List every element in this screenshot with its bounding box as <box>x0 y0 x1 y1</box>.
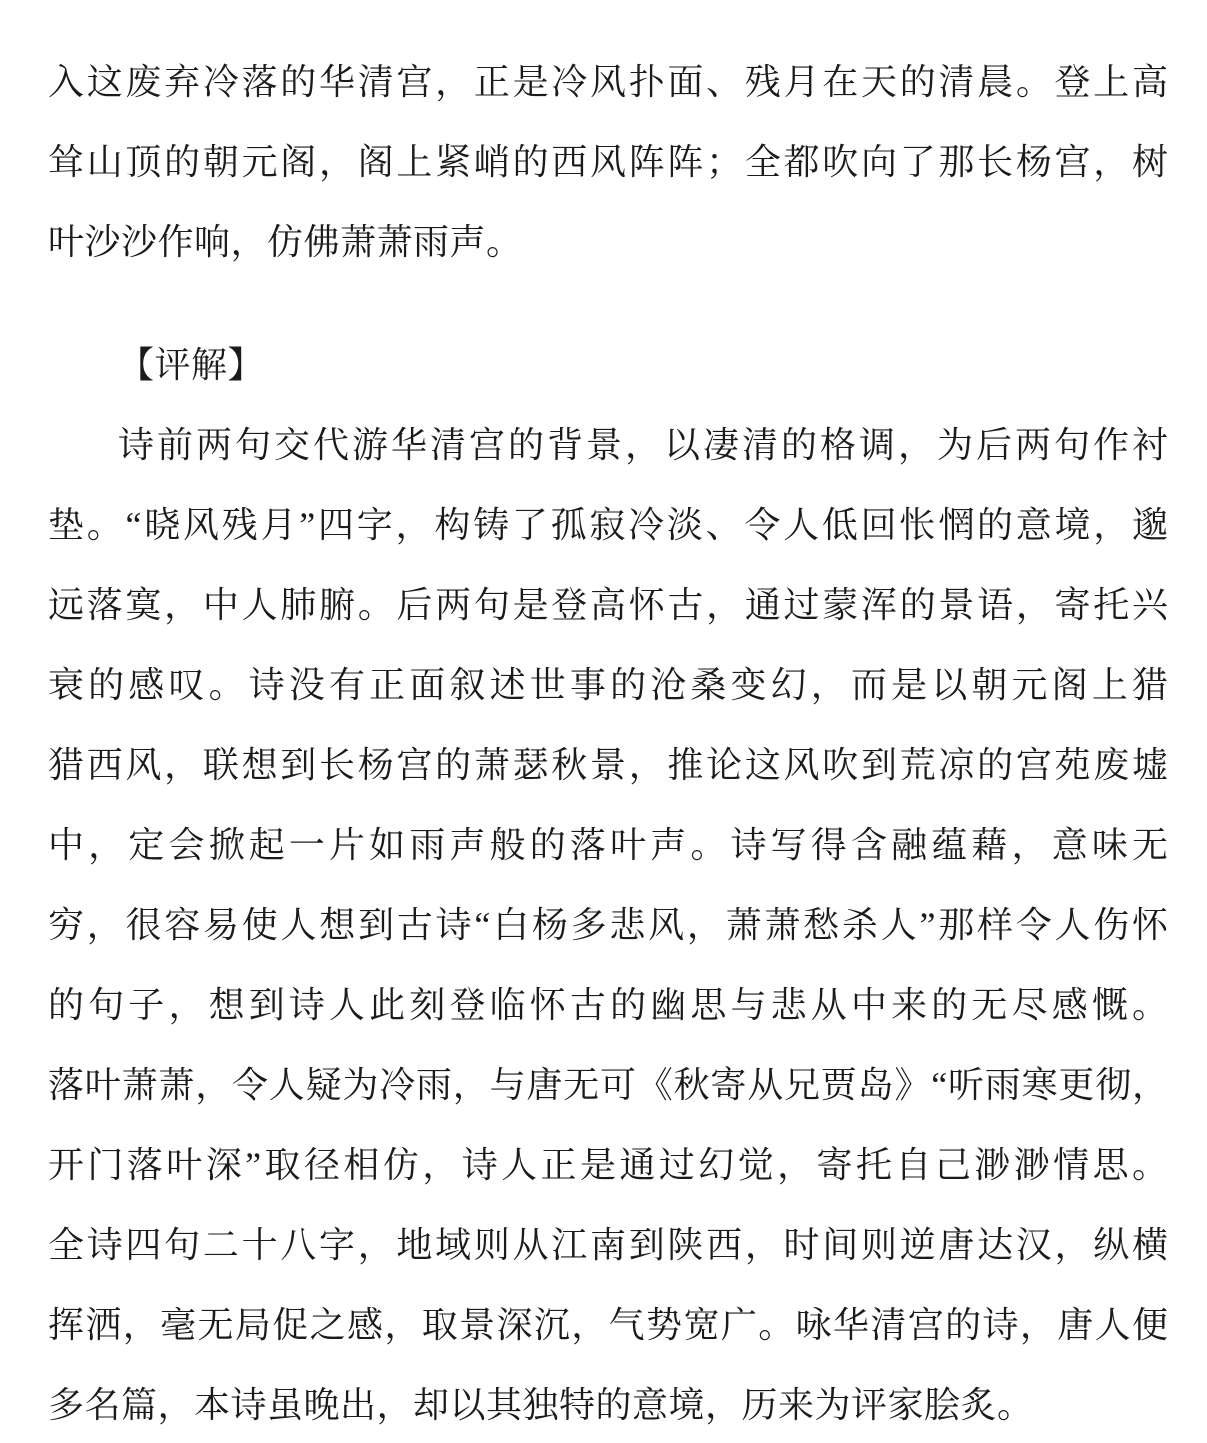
document-page: 入这废弃冷落的华清宫，正是冷风扑面、残月在天的清晨。登上高 耸山顶的朝元阁，阁上… <box>0 0 1207 1443</box>
text-line: 诗前两句交代游华清宫的背景，以凄清的格调，为后两句作衬 <box>48 405 1168 485</box>
text-line: 入这废弃冷落的华清宫，正是冷风扑面、残月在天的清晨。登上高 <box>48 42 1168 122</box>
text-line: 落叶萧萧，令人疑为冷雨，与唐无可《秋寄从兄贾岛》“听雨寒更彻， <box>48 1045 1168 1125</box>
text-line: 远落寞，中人肺腑。后两句是登高怀古，通过蒙浑的景语，寄托兴 <box>48 565 1168 645</box>
text-line: 猎西风，联想到长杨宫的萧瑟秋景，推论这风吹到荒凉的宫苑废墟 <box>48 725 1168 805</box>
text-line: 衰的感叹。诗没有正面叙述世事的沧桑变幻，而是以朝元阁上猎 <box>48 645 1168 725</box>
text-line: 叶沙沙作响，仿佛萧萧雨声。 <box>48 202 1168 282</box>
text-line: 多名篇，本诗虽晚出，却以其独特的意境，历来为评家脍炙。 <box>48 1365 1168 1443</box>
text-line: 穷，很容易使人想到古诗“白杨多悲风，萧萧愁杀人”那样令人伤怀 <box>48 885 1168 965</box>
section-header: 【评解】 <box>48 325 1168 405</box>
text-line: 耸山顶的朝元阁，阁上紧峭的西风阵阵；全都吹向了那长杨宫，树 <box>48 122 1168 202</box>
text-line: 全诗四句二十八字，地域则从江南到陕西，时间则逆唐达汉，纵横 <box>48 1205 1168 1285</box>
text-line: 垫。“晓风残月”四字，构铸了孤寂冷淡、令人低回怅惘的意境，邈 <box>48 485 1168 565</box>
text-line: 开门落叶深”取径相仿，诗人正是通过幻觉，寄托自己渺渺情思。 <box>48 1125 1168 1205</box>
text-line: 中，定会掀起一片如雨声般的落叶声。诗写得含融蕴藉，意味无 <box>48 805 1168 885</box>
text-line: 的句子，想到诗人此刻登临怀古的幽思与悲从中来的无尽感慨。 <box>48 965 1168 1045</box>
text-line: 挥洒，毫无局促之感，取景深沉，气势宽广。咏华清宫的诗，唐人便 <box>48 1285 1168 1365</box>
